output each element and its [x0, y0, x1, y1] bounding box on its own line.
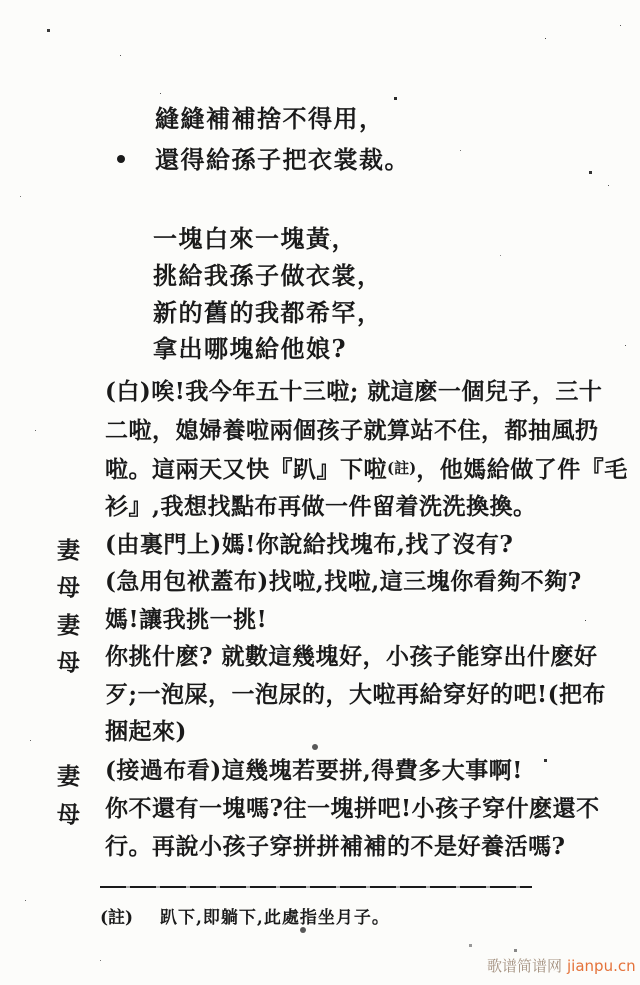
- watermark-site-url: jianpu.cn: [567, 957, 636, 975]
- monologue-line-text: ，他媽給做了件『毛: [416, 456, 628, 483]
- scan-noise: [0, 0, 1, 1]
- speaker-label: 妻: [57, 758, 80, 791]
- ink-speck: [300, 927, 306, 933]
- monologue-line: 衫』,我想找點布再做一件留着洗洗換換。: [105, 494, 537, 519]
- verse-line: 縫縫補補捨不得用，: [155, 106, 385, 131]
- watermark-site-name: 歌谱简谱网: [487, 957, 562, 975]
- watermark: 歌谱简谱网jianpu.cn: [487, 955, 636, 976]
- monologue-line-text: 啦。這兩天又快『趴』下啦: [105, 456, 387, 483]
- verse-line: 還得給孫子把衣裳裁。: [155, 147, 410, 172]
- ink-speck: [312, 744, 318, 750]
- footnote-reference: (註): [387, 459, 416, 477]
- footnote-text: 趴下,即躺下,此處指坐月子。: [160, 903, 390, 928]
- dialogue-line: 你挑什麽? 就數這幾塊好，小孩子能穿出什麽好: [105, 644, 597, 669]
- verse-line: 一塊白來一塊黃，: [153, 226, 357, 251]
- verse-line: 挑給我孫子做衣裳，: [153, 263, 383, 288]
- speaker-label: 母: [57, 569, 80, 602]
- monologue-line: 二啦，媳婦養啦兩個孩子就算站不住，都抽風扔: [105, 418, 599, 443]
- dialogue-line: 行。再說小孩子穿拼拼補補的不是好養活嗎?: [105, 834, 565, 859]
- dialogue-line: (急用包袱蓋布)找啦,找啦,這三塊你看夠不夠?: [105, 569, 582, 594]
- dialogue-line: 捆起來): [105, 719, 187, 744]
- dialogue-line: (由裏門上)媽!你說給找塊布,找了沒有?: [105, 532, 513, 557]
- speaker-label: 母: [57, 796, 80, 829]
- verse-bullet-dot: [117, 155, 125, 163]
- dialogue-line: 歹;一泡屎，一泡尿的，大啦再給穿好的吧!(把布: [105, 682, 606, 707]
- dialogue-line: 你不還有一塊嗎?往一塊拼吧!小孩子穿什麽還不: [105, 796, 600, 821]
- monologue-line: 啦。這兩天又快『趴』下啦(註)，他媽給做了件『毛: [105, 456, 628, 482]
- monologue-line: (白)唉!我今年五十三啦; 就這麽一個兒子，三十: [105, 379, 602, 404]
- speaker-label: 妻: [57, 607, 80, 640]
- verse-line: 拿出哪塊給他娘?: [153, 336, 347, 361]
- dialogue-line: 媽!讓我挑一挑!: [105, 607, 267, 632]
- verse-line: 新的舊的我都希罕，: [153, 300, 383, 325]
- speaker-label: 妻: [57, 532, 80, 565]
- footnote-divider: [100, 886, 532, 888]
- speaker-label: 母: [57, 644, 80, 677]
- dialogue-line: (接過布看)這幾塊若要拼,得費多大事啊!: [105, 758, 523, 783]
- footnote-label: (註): [100, 903, 133, 928]
- scanned-script-page: 縫縫補補捨不得用， 還得給孫子把衣裳裁。 一塊白來一塊黃， 挑給我孫子做衣裳， …: [0, 0, 640, 985]
